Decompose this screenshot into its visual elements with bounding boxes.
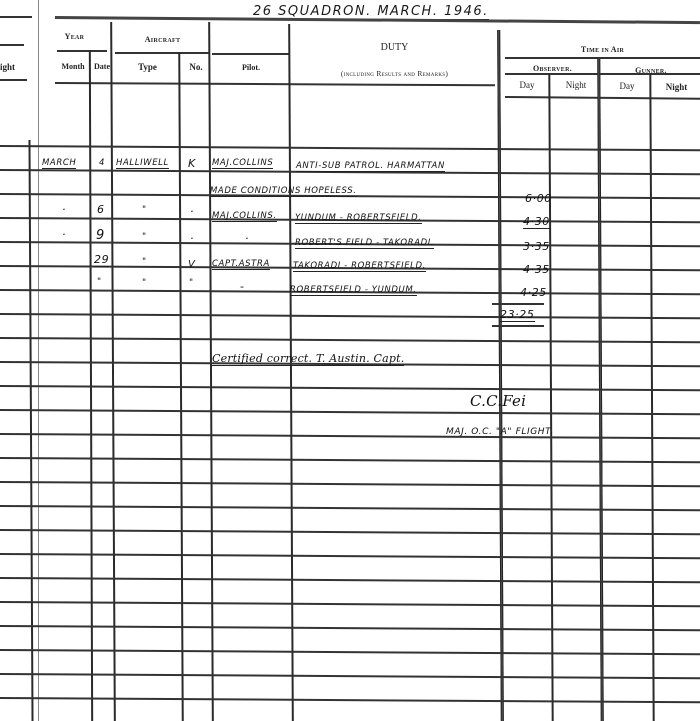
ruled-line <box>0 673 700 679</box>
entry-observer-day: 4·30 <box>523 215 550 229</box>
header-no: No. <box>181 62 211 72</box>
col-divider-date-type <box>110 22 115 721</box>
header-bottom-rule <box>55 82 495 86</box>
entry-date: 6 <box>97 203 105 216</box>
entry-observer-day: 4·25 <box>520 286 547 299</box>
entry-no: K <box>188 157 196 170</box>
header-type: Type <box>115 62 180 72</box>
ruled-line <box>0 577 700 583</box>
header-rule <box>505 57 700 59</box>
left-page-rule <box>0 44 24 46</box>
left-page-top-border <box>0 16 32 18</box>
entry-date: 4 <box>99 158 105 168</box>
left-page-rule <box>0 79 27 81</box>
entry-no: V <box>188 259 195 270</box>
col-divider-no-pilot <box>208 22 213 721</box>
entry-duty: Takoradi - Robertsfield. <box>293 261 426 272</box>
ruled-line <box>0 481 700 487</box>
entry-pilot: Maj.Collins <box>212 158 273 169</box>
ruled-line <box>0 313 700 319</box>
entry-date: " <box>97 277 102 287</box>
ruled-line <box>0 337 700 343</box>
ruled-line <box>0 433 700 439</box>
entry-type: " <box>142 205 147 215</box>
entry-type: " <box>142 278 147 288</box>
header-duty: DUTY <box>292 42 497 53</box>
header-pilot: Pilot. <box>212 63 290 72</box>
entry-duty-continued: Made conditions hopeless. <box>210 186 357 197</box>
header-year: Year <box>57 32 92 41</box>
ruled-line <box>0 409 700 415</box>
entry-duty: Robertsfield - Yundum. <box>290 285 417 296</box>
ruled-line <box>0 529 700 535</box>
ruled-line <box>0 625 700 631</box>
entry-date: 9 <box>96 228 105 243</box>
entry-observer-day: 4·35 <box>523 263 550 276</box>
header-observer: Observer. <box>505 64 600 73</box>
total-rule <box>492 303 544 305</box>
header-rule <box>115 52 210 54</box>
signature-title: Maj. O.C. "A" Flight. <box>446 427 554 437</box>
entry-type: " <box>142 257 147 267</box>
signature: C.C.Fei <box>470 392 526 410</box>
total-double-rule <box>492 325 544 327</box>
col-divider-obs-day-night <box>548 74 553 721</box>
left-page-header-night: ight <box>0 62 26 72</box>
entry-no: " <box>189 278 194 288</box>
total-observer-day: 23·25 <box>500 308 535 322</box>
entry-duty: Anti-Sub Patrol. Harmattan <box>296 161 445 172</box>
header-rule <box>57 50 107 52</box>
ruled-line <box>0 601 700 607</box>
header-aircraft: Aircraft <box>115 35 210 44</box>
header-duty-sub: (including Results and Remarks) <box>292 69 497 78</box>
table-left-border <box>28 140 33 721</box>
ruled-line <box>0 649 700 655</box>
entry-type: " <box>142 232 147 242</box>
ruled-line <box>0 505 700 511</box>
ruled-line <box>0 553 700 559</box>
header-rule <box>212 53 290 55</box>
entry-observer-day: 6·00 <box>525 192 552 205</box>
entry-duty: Robert's field - Takoradi. <box>295 238 434 249</box>
entry-no: · <box>190 232 194 245</box>
entry-pilot: Capt.Astra <box>212 259 270 270</box>
entry-no: · <box>190 205 194 218</box>
ruled-line <box>0 145 700 151</box>
entry-type: Halliwell <box>116 158 169 169</box>
header-time-in-air: Time in Air <box>505 45 700 54</box>
header-rule <box>505 73 700 75</box>
col-divider-pilot-duty <box>288 24 293 721</box>
header-gunner-day: Day <box>602 81 652 91</box>
header-gunner-night: Night <box>653 82 700 92</box>
entry-pilot: Maj.Collins. <box>212 211 277 222</box>
entry-month: · <box>62 203 66 216</box>
entry-month: · <box>62 228 66 241</box>
certification-text: Certified correct. T. Austin. Capt. <box>212 352 404 366</box>
entry-observer-day: 3·35 <box>523 240 550 253</box>
entry-month: March <box>42 158 76 169</box>
entry-pilot: · <box>245 232 249 245</box>
entry-duty: Yundum - Robertsfield. <box>295 213 422 224</box>
entry-date: 29 <box>94 253 109 267</box>
entry-pilot: - <box>240 280 245 293</box>
header-observer-day: Day <box>503 80 551 90</box>
col-divider-duty-time <box>497 30 504 721</box>
header-month: Month <box>56 62 90 71</box>
header-bottom-rule <box>505 96 700 99</box>
col-divider-gun-day-night <box>649 74 654 721</box>
ruled-line <box>0 457 700 463</box>
ruled-line <box>0 697 700 703</box>
ruled-line <box>0 385 700 391</box>
header-observer-night: Night <box>552 80 600 90</box>
